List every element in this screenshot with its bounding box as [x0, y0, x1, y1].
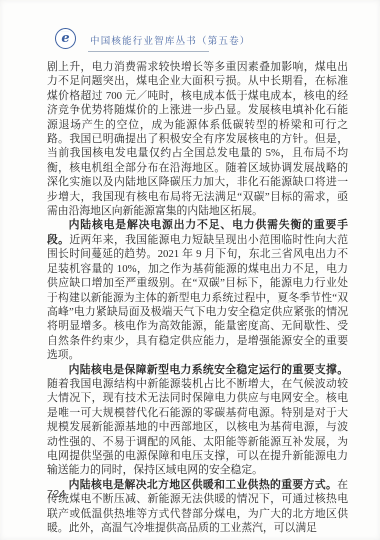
paragraph-text: 随着我国电源结构中新能源装机占比不断增大，在气候波动较大情况下，现有技术无法同时…	[47, 378, 348, 476]
paragraph: 内陆核电是解决北方地区供暖和工业供热的重要方式。在传统煤电不断压减、新能源无法供…	[47, 478, 348, 536]
nuclear-association-logo-icon: ···· e	[55, 28, 76, 49]
page-header: ···· e 中国核能行业智库丛书（第五卷）	[0, 0, 380, 56]
body-text-block: 剧上升，电力消费需求较快增长等多重因素叠加影响，煤电出力不足问题突出，煤电企业大…	[47, 60, 348, 535]
logo-swirl-glyph: e	[61, 31, 69, 44]
book-page: ···· e 中国核能行业智库丛书（第五卷） 剧上升，电力消费需求较快增长等多重…	[0, 0, 380, 540]
paragraph-lead-sentence: 内陆核电是保障新型电力系统安全稳定运行的重要支撑。	[69, 364, 348, 376]
page-number: 724	[47, 488, 66, 500]
paragraph-lead-sentence: 内陆核电是解决北方地区供暖和工业供热的重要方式。	[69, 479, 338, 491]
series-title: 中国核能行业智库丛书（第五卷）	[90, 33, 251, 47]
paragraph: 内陆核电是解决电源出力不足、电力供需失衡的重要手段。近两年来，我国能源电力短缺呈…	[47, 218, 348, 362]
paragraph-continuation: 剧上升，电力消费需求较快增长等多重因素叠加影响，煤电出力不足问题突出，煤电企业大…	[47, 60, 348, 218]
paragraph-text: 近两年来，我国能源电力短缺呈现出小范围临时性向大范围长时间蔓延的趋势。2021 …	[47, 234, 348, 361]
header-underline	[88, 51, 209, 52]
paragraph-text: 剧上升，电力消费需求较快增长等多重因素叠加影响，煤电出力不足问题突出，煤电企业大…	[47, 61, 348, 217]
paragraph: 内陆核电是保障新型电力系统安全稳定运行的重要支撑。随着我国电源结构中新能源装机占…	[47, 363, 348, 478]
